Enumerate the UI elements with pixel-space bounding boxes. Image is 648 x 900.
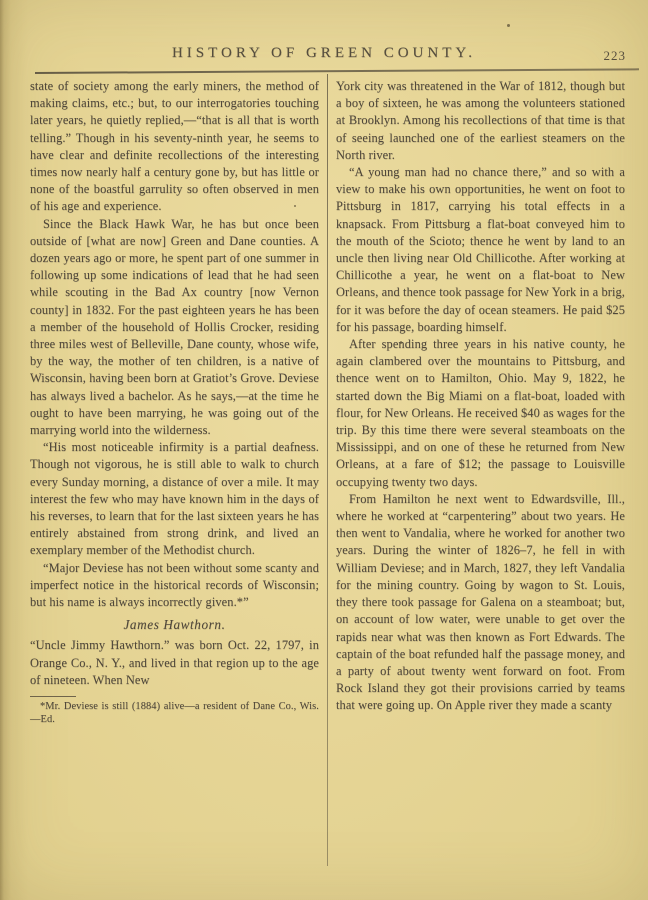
right-paragraph-1: York city was threatened in the War of 1… xyxy=(336,78,625,164)
right-paragraph-2: “A young man had no chance there,” and s… xyxy=(336,164,625,336)
right-paragraph-3: After spending three years in his native… xyxy=(336,336,625,491)
footnote-text: *Mr. Deviese is still (1884) alive—a res… xyxy=(30,701,319,726)
section-heading-james-hawthorn: James Hawthorn. xyxy=(30,617,319,633)
right-column: York city was threatened in the War of 1… xyxy=(336,78,625,715)
left-column: state of society among the early miners,… xyxy=(30,78,319,727)
footnote: *Mr. Deviese is still (1884) alive—a res… xyxy=(30,696,319,727)
footnote-rule xyxy=(30,696,76,698)
column-divider xyxy=(327,74,328,866)
book-page: HISTORY OF GREEN COUNTY. 223 state of so… xyxy=(0,0,648,900)
scan-speck xyxy=(507,24,510,27)
scan-speck xyxy=(400,341,402,344)
page-title: HISTORY OF GREEN COUNTY. xyxy=(0,45,648,62)
left-paragraph-4: “Major Deviese has not been without some… xyxy=(30,560,319,612)
left-paragraph-2: Since the Black Hawk War, he has but onc… xyxy=(30,216,319,440)
page-header: HISTORY OF GREEN COUNTY. 223 xyxy=(0,0,648,66)
scan-speck xyxy=(294,205,296,207)
text-columns: state of society among the early miners,… xyxy=(0,66,648,866)
left-paragraph-5: “Uncle Jimmy Hawthorn.” was born Oct. 22… xyxy=(30,637,319,689)
left-paragraph-3: “His most noticeable infirmity is a part… xyxy=(30,439,319,559)
left-paragraph-1: state of society among the early miners,… xyxy=(30,78,319,216)
page-number: 223 xyxy=(604,48,627,64)
right-paragraph-4: From Hamilton he next went to Edwardsvil… xyxy=(336,491,625,715)
